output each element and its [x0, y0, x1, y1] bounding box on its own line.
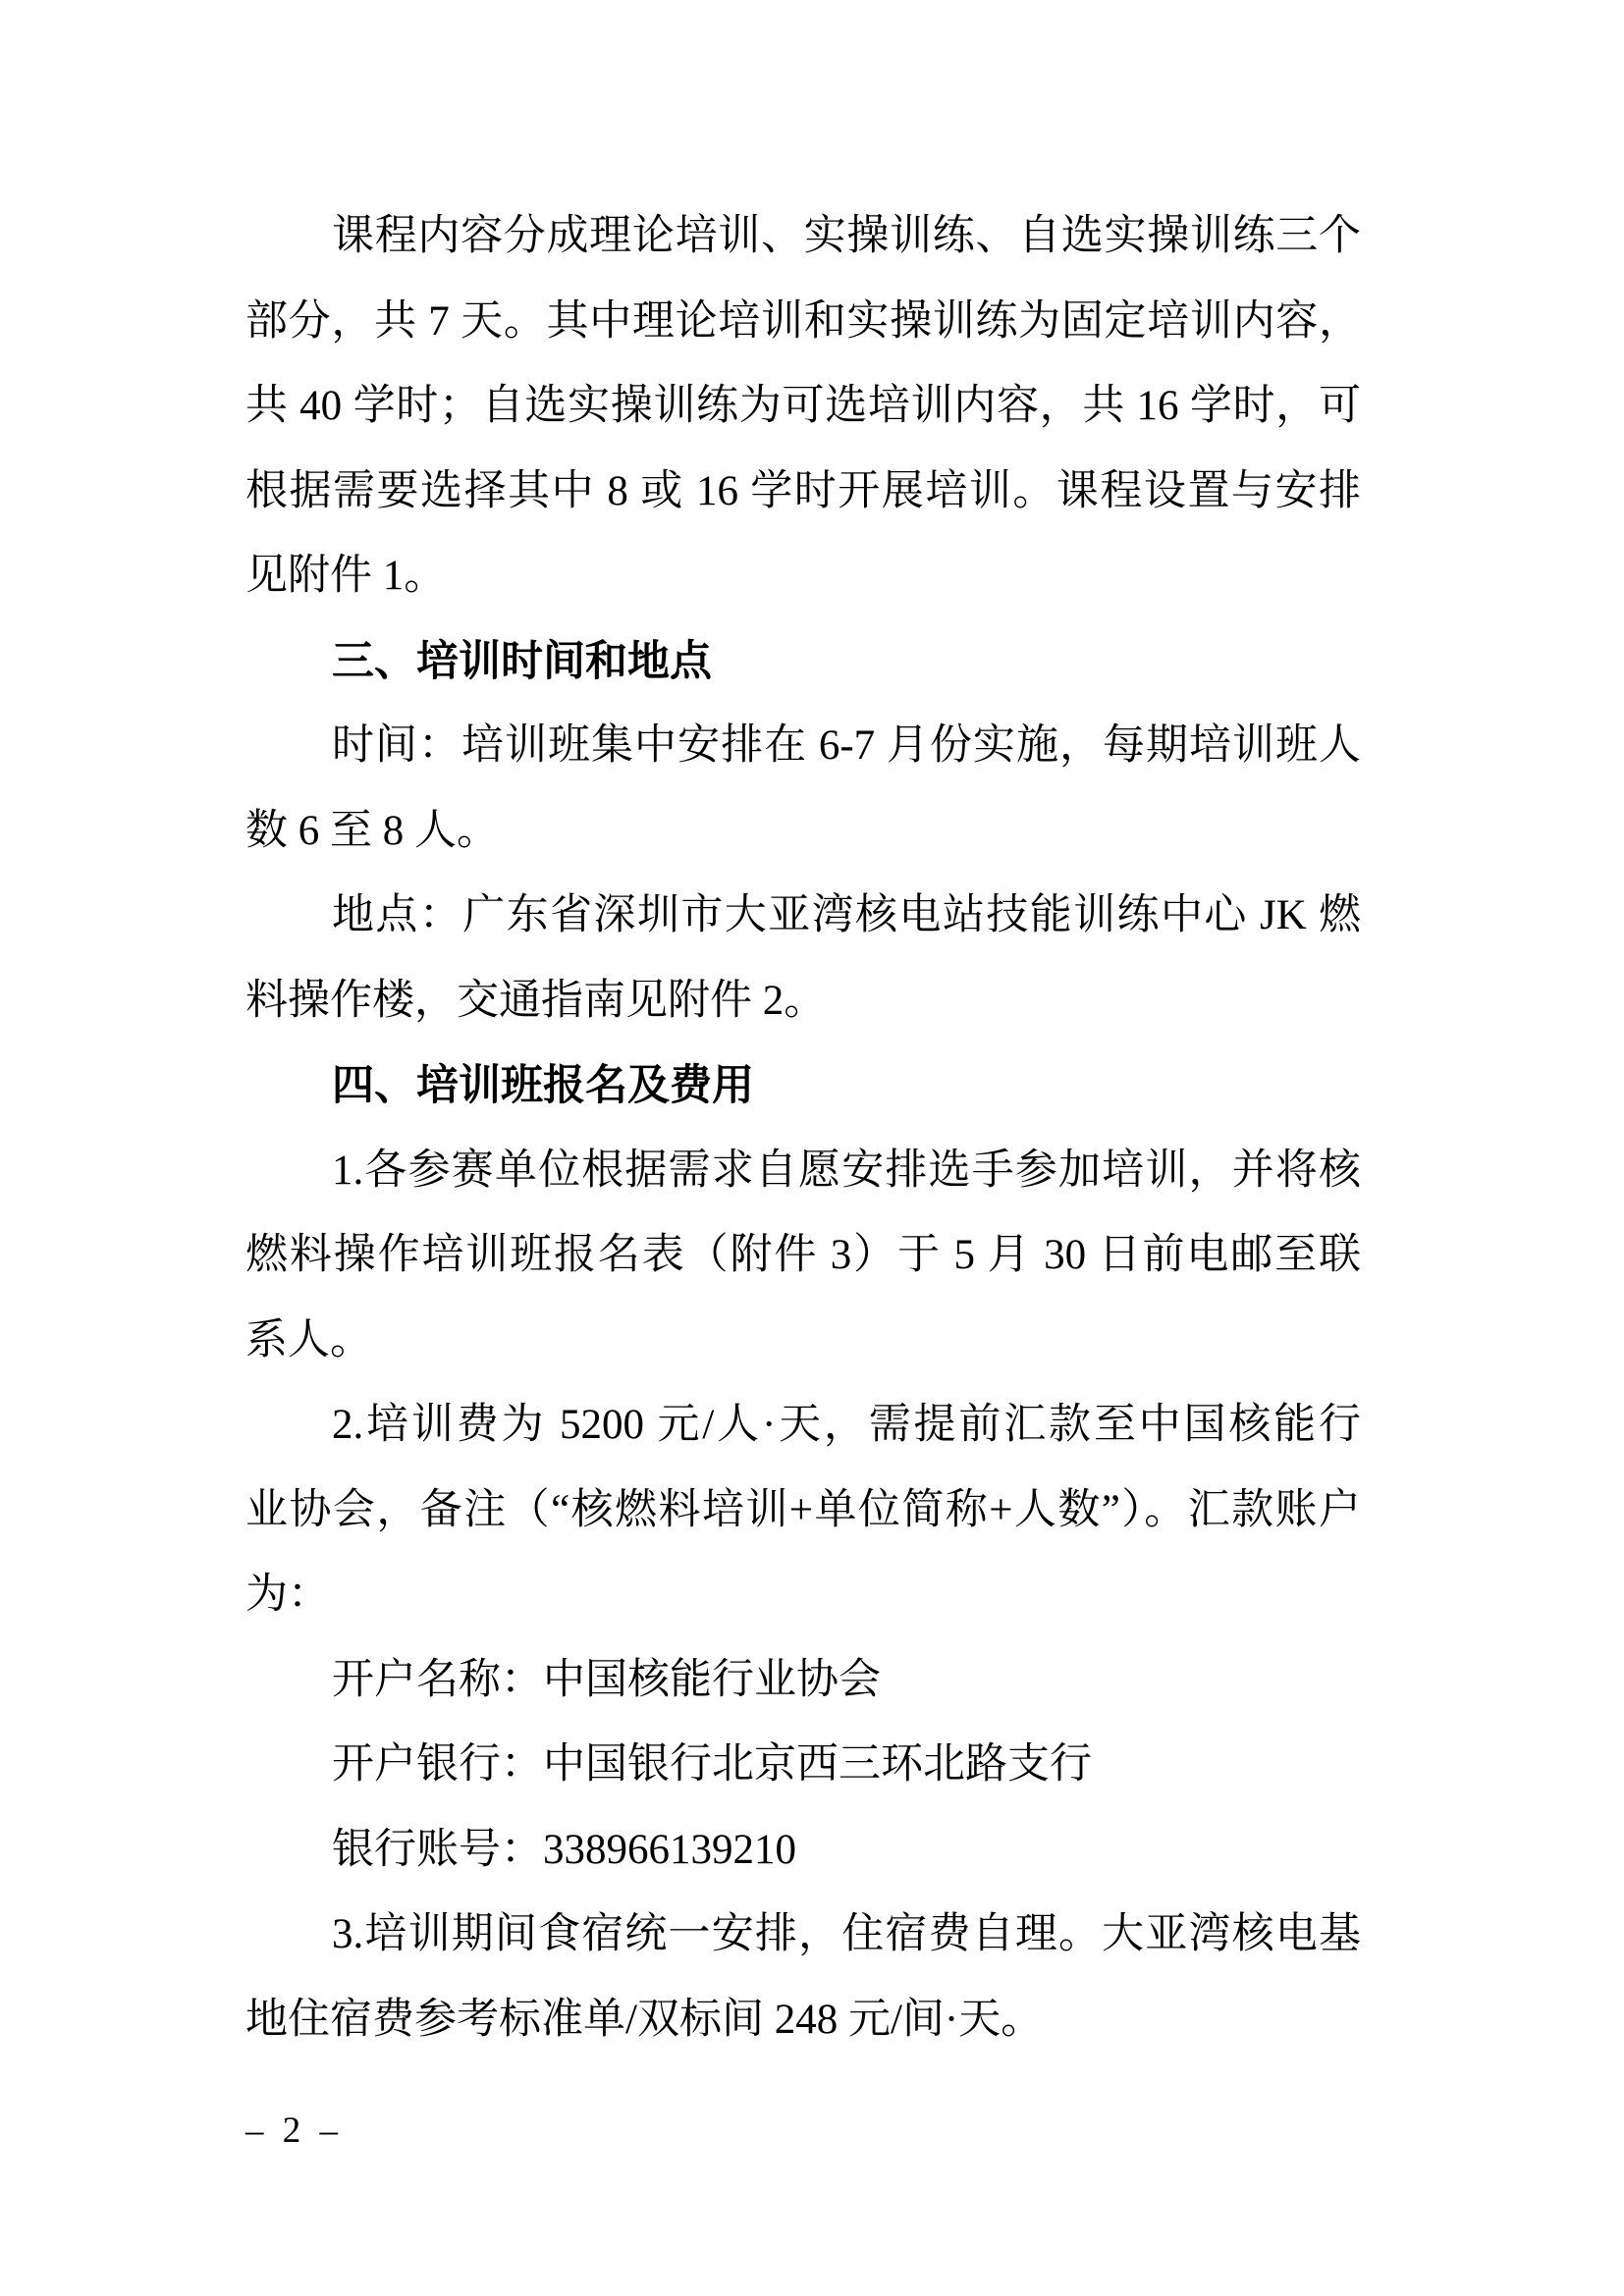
paragraph-line: 地点：广东省深圳市大亚湾核电站技能训练中心 JK 燃: [245, 874, 1361, 959]
paragraph-line: 共 40 学时；自选实操训练为可选培训内容，共 16 学时，可: [245, 364, 1361, 450]
account-name-line: 开户名称：中国核能行业协会: [245, 1638, 1361, 1724]
paragraph-line: 1.各参赛单位根据需求自愿安排选手参加培训，并将核: [245, 1129, 1361, 1214]
paragraph-line: 燃料操作培训班报名表（附件 3）于 5 月 30 日前电邮至联: [245, 1213, 1361, 1299]
paragraph-line: 2.培训费为 5200 元/人·天，需提前汇款至中国核能行: [245, 1383, 1361, 1468]
paragraph-line: 3.培训期间食宿统一安排，住宿费自理。大亚湾核电基: [245, 1893, 1361, 1978]
paragraph-line: 时间：培训班集中安排在 6-7 月份实施，每期培训班人: [245, 704, 1361, 789]
paragraph-line: 部分，共 7 天。其中理论培训和实操训练为固定培训内容，: [245, 280, 1361, 365]
paragraph-line: 业协会，备注（“核燃料培训+单位简称+人数”）。汇款账户: [245, 1468, 1361, 1554]
bank-account-number-line: 银行账号：338966139210: [245, 1808, 1361, 1894]
paragraph-line: 系人。: [245, 1299, 1361, 1384]
paragraph-line: 为：: [245, 1553, 1361, 1638]
paragraph-line: 地住宿费参考标准单/双标间 248 元/间·天。: [245, 1978, 1361, 2063]
document-page: 课程内容分成理论培训、实操训练、自选实操训练三个 部分，共 7 天。其中理论培训…: [0, 0, 1624, 2296]
paragraph-line: 数 6 至 8 人。: [245, 789, 1361, 875]
bank-name-line: 开户银行：中国银行北京西三环北路支行: [245, 1723, 1361, 1808]
document-body: 课程内容分成理论培训、实操训练、自选实操训练三个 部分，共 7 天。其中理论培训…: [245, 194, 1361, 2062]
page-number: – 2 –: [245, 2110, 343, 2152]
paragraph-line: 见附件 1。: [245, 534, 1361, 619]
section-heading-registration-fees: 四、培训班报名及费用: [245, 1043, 1361, 1129]
section-heading-training-time-place: 三、培训时间和地点: [245, 619, 1361, 705]
paragraph-line: 根据需要选择其中 8 或 16 学时开展培训。课程设置与安排: [245, 450, 1361, 535]
paragraph-line: 课程内容分成理论培训、实操训练、自选实操训练三个: [245, 194, 1361, 280]
paragraph-line: 料操作楼，交通指南见附件 2。: [245, 959, 1361, 1044]
